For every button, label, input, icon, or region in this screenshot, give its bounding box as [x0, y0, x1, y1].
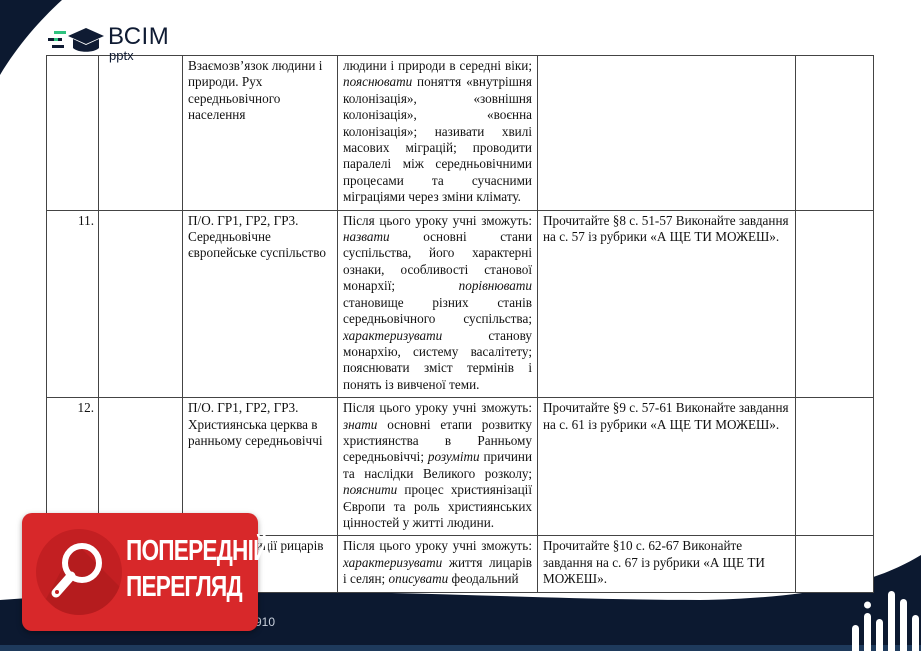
- magnifier-icon: [36, 529, 122, 615]
- footer-text: 910: [255, 615, 275, 629]
- homework: Прочитайте §8 с. 51-57 Виконайте завданн…: [538, 210, 796, 397]
- decorative-bars-icon: [850, 585, 921, 651]
- learning-outcomes: Після цього уроку учні зможуть: характер…: [338, 536, 538, 592]
- lesson-plan-table: Взаємозв’язок людини і природи. Рух сере…: [46, 55, 874, 593]
- homework: [538, 56, 796, 211]
- note-cell: [796, 398, 874, 536]
- homework: Прочитайте §9 с. 57-61 Виконайте завданн…: [538, 398, 796, 536]
- learning-outcomes: людини і природи в середні віки; пояснюв…: [338, 56, 538, 211]
- logo-subtitle: pptx: [109, 49, 134, 62]
- preview-title-line2: ПЕРЕГЛЯД: [126, 571, 242, 604]
- date-cell: [99, 210, 183, 397]
- graduation-cap-icon: [46, 28, 106, 56]
- lesson-number: 11.: [47, 210, 99, 397]
- lesson-number: [47, 56, 99, 211]
- date-cell: [99, 56, 183, 211]
- learning-outcomes: Після цього уроку учні зможуть: знати ос…: [338, 398, 538, 536]
- site-logo[interactable]: ВСІМ pptx: [46, 22, 166, 58]
- preview-badge[interactable]: ПОПЕРЕДНІЙ ПЕРЕГЛЯД: [22, 513, 258, 631]
- preview-title-line1: ПОПЕРЕДНІЙ: [126, 535, 269, 568]
- lesson-topic: Взаємозв’язок людини і природи. Рух сере…: [183, 56, 338, 211]
- learning-outcomes: Після цього уроку учні зможуть: назвати …: [338, 210, 538, 397]
- homework: Прочитайте §10 с. 62-67 Виконайте завдан…: [538, 536, 796, 592]
- note-cell: [796, 536, 874, 592]
- logo-brand: ВСІМ: [108, 23, 169, 51]
- lesson-topic: П/О. ГР1, ГР2, ГР3. Середньовічне європе…: [183, 210, 338, 397]
- table-row: Взаємозв’язок людини і природи. Рух сере…: [47, 56, 874, 211]
- table-row: 11.П/О. ГР1, ГР2, ГР3. Середньовічне євр…: [47, 210, 874, 397]
- note-cell: [796, 210, 874, 397]
- note-cell: [796, 56, 874, 211]
